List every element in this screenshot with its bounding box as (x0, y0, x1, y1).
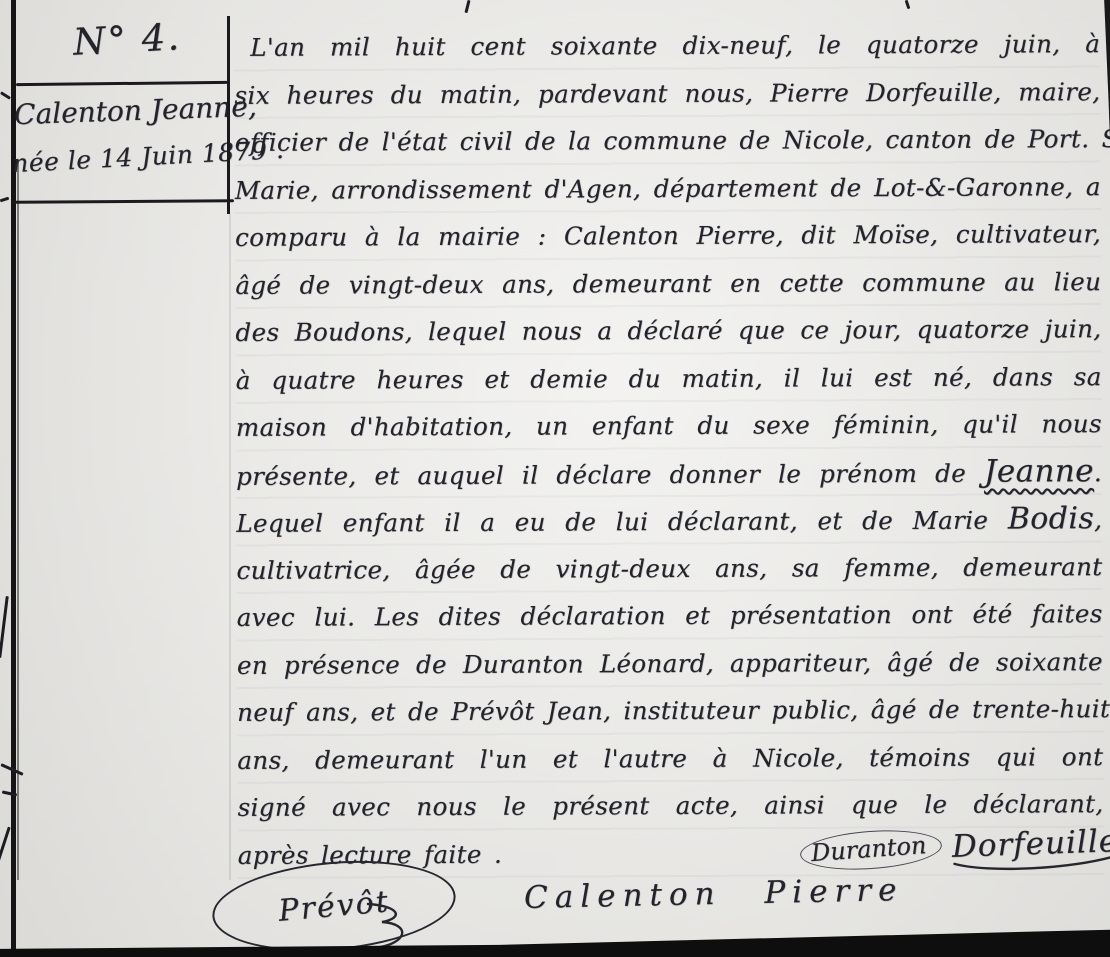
act-body-text: L'an mil huit cent soixante dix-neuf, le… (234, 20, 1104, 880)
text-line: à quatre heures et demie du matin, il lu… (236, 353, 1102, 404)
text-line: six heures du matin, pardevant nous, Pie… (234, 68, 1100, 119)
margin-separator-line-faint (229, 214, 231, 880)
stray-ink-mark (0, 596, 9, 658)
text-line: maison d'habitation, un enfant du sexe f… (236, 400, 1102, 451)
signature-dorfeuille: Dorfeuille (951, 823, 1110, 875)
stray-ink-mark (0, 91, 11, 99)
text-line-child-name: présente, et auquel il déclare donner le… (236, 448, 1102, 499)
margin-annotation: N° 4. Calenton Jeanne, née le 14 Juin 18… (12, 14, 228, 234)
margin-separator-line (227, 16, 230, 214)
scan-bottom-shadow (0, 928, 1110, 957)
text-line: des Boudons, lequel nous a déclaré que c… (235, 305, 1101, 356)
signature-calenton-pierre: Calenton Pierre (524, 872, 904, 916)
mother-surname: Bodis (1008, 501, 1094, 536)
text-line: L'an mil huit cent soixante dix-neuf, le… (234, 20, 1100, 71)
text-line: signé avec nous le présent acte, ainsi q… (237, 780, 1103, 831)
stray-ink-mark (464, 0, 470, 13)
stray-ink-mark (0, 197, 9, 203)
text-line: ans, demeurant l'un et l'autre à Nicole,… (237, 733, 1103, 784)
text-line: Marie, arrondissement d'Agen, départemen… (235, 163, 1101, 214)
child-first-name: Jeanne (984, 453, 1094, 489)
margin-child-name: Calenton Jeanne, (13, 90, 257, 131)
text-line: âgé de vingt-deux ans, demeurant en cett… (235, 258, 1101, 309)
text-line: en présence de Duranton Léonard, apparit… (237, 638, 1103, 689)
stray-ink-mark (905, 0, 911, 9)
margin-rule-top (16, 81, 228, 86)
text-line: cultivatrice, âgée de vingt-deux ans, sa… (236, 543, 1102, 594)
text-line: officier de l'état civil de la commune d… (235, 115, 1101, 166)
text-line: avec lui. Les dites déclaration et prése… (237, 590, 1103, 641)
text-line: neuf ans, et de Prévôt Jean, instituteur… (237, 685, 1103, 736)
text-line: comparu à la mairie : Calenton Pierre, d… (235, 210, 1101, 261)
act-number: N° 4. (41, 14, 213, 66)
margin-rule-bottom (12, 199, 234, 204)
text-line-mother-name: Lequel enfant il a eu de lui déclarant, … (236, 495, 1102, 546)
stray-ink-mark (0, 827, 11, 870)
